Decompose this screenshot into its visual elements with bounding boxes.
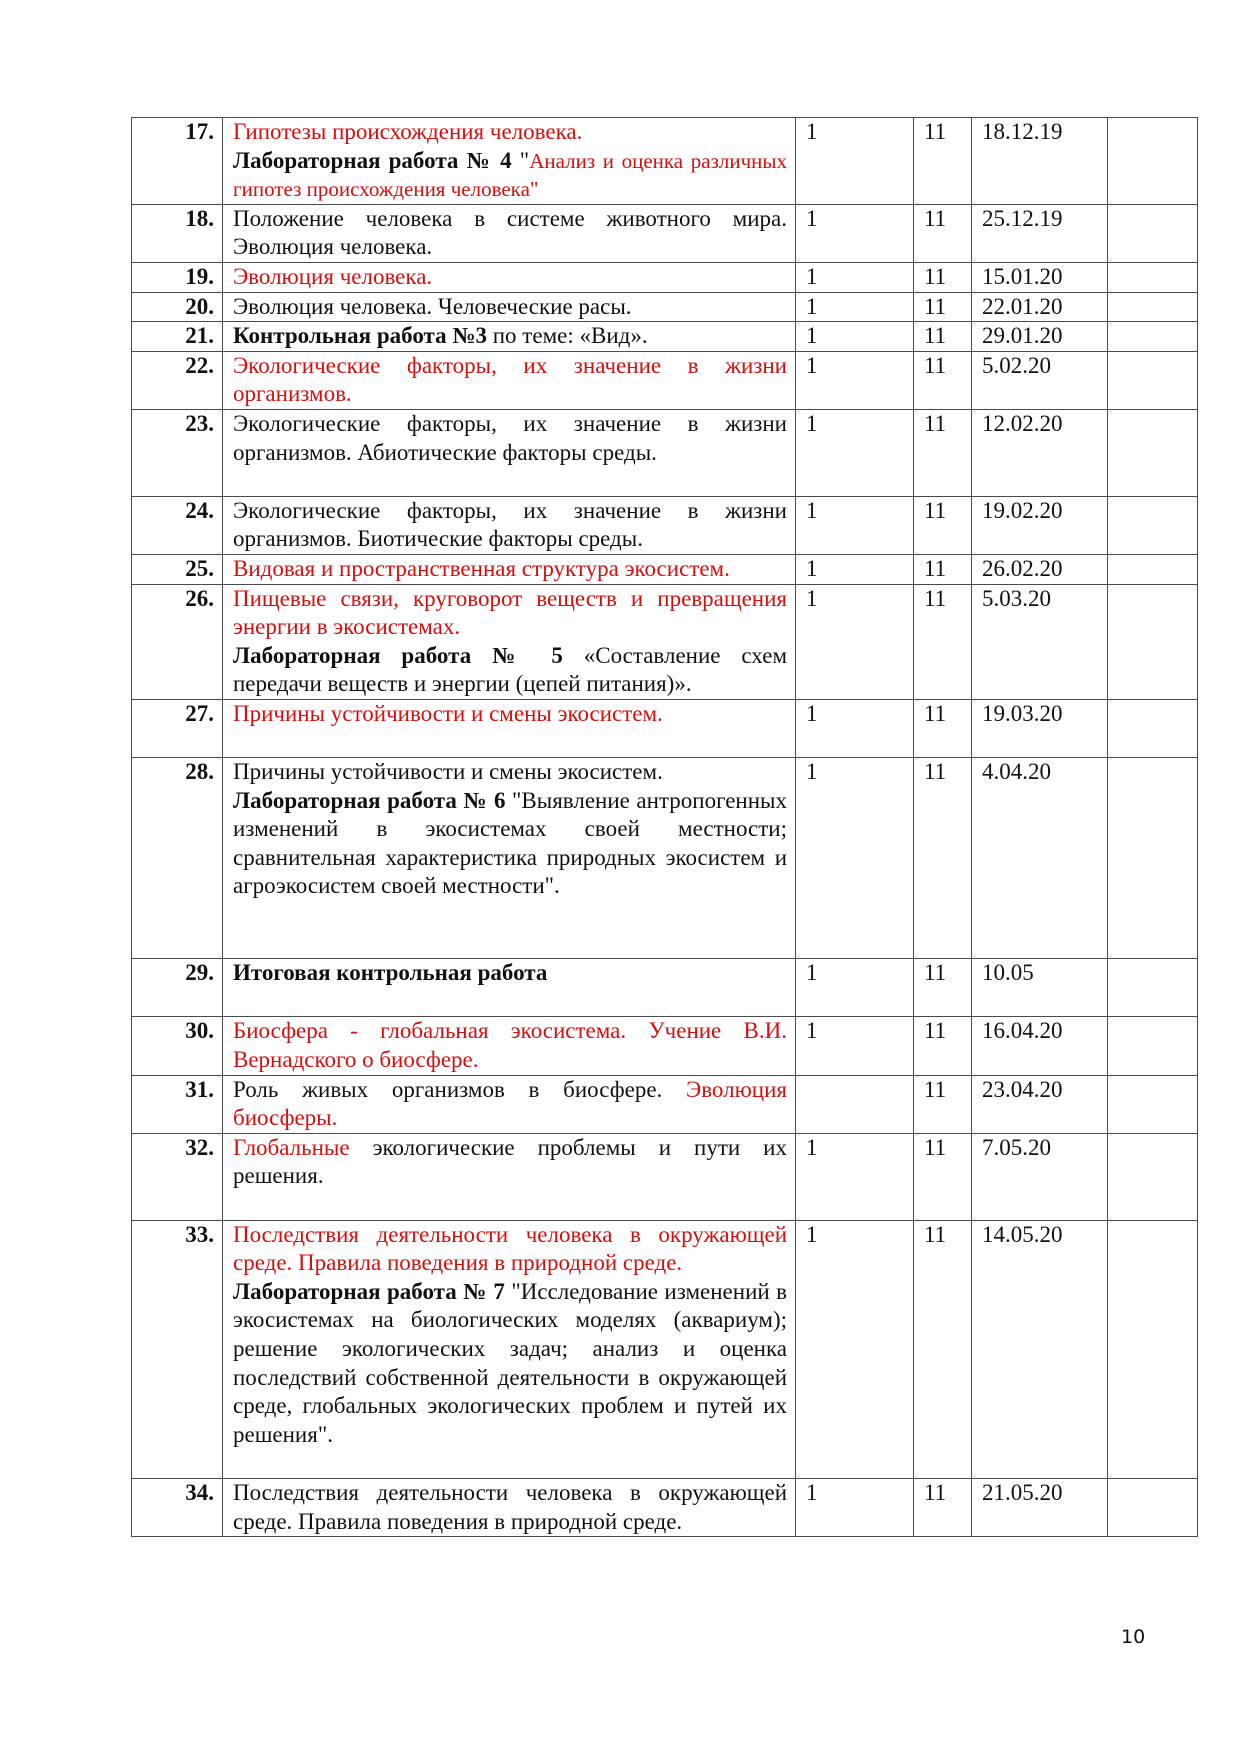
lesson-date: 19.03.20 xyxy=(972,699,1108,757)
topic-highlight-text: Пищевые связи, круговорот веществ и прев… xyxy=(233,586,787,640)
table-row: 25. Видовая и пространственная структура… xyxy=(132,554,1198,584)
topic-bold-text: Лабораторная работа № 5 xyxy=(233,643,563,668)
lesson-hours: 1 xyxy=(796,699,914,757)
table-row: 32. Глобальные экологические проблемы и … xyxy=(132,1133,1198,1220)
lesson-date: 29.01.20 xyxy=(972,322,1108,352)
lesson-date: 18.12.19 xyxy=(972,118,1108,205)
lesson-number: 18. xyxy=(132,204,223,262)
lesson-class: 11 xyxy=(914,1017,972,1075)
topic-text: Причины устойчивости и смены экосистем. xyxy=(233,759,663,784)
lesson-note xyxy=(1108,262,1198,292)
lesson-hours: 1 xyxy=(796,758,914,959)
lesson-note xyxy=(1108,204,1198,262)
lesson-date: 15.01.20 xyxy=(972,262,1108,292)
topic-bold-text: Контрольная работа №3 xyxy=(233,323,487,348)
lesson-class: 11 xyxy=(914,262,972,292)
topic-highlight-text: Причины устойчивости и смены экосистем. xyxy=(233,701,663,726)
lesson-note xyxy=(1108,758,1198,959)
lesson-topic: Причины устойчивости и смены экосистем.Л… xyxy=(223,758,796,959)
lesson-hours: 1 xyxy=(796,1133,914,1220)
lesson-hours: 1 xyxy=(796,118,914,205)
lesson-topic: Экологические факторы, их значение в жиз… xyxy=(223,496,796,554)
lesson-topic: Итоговая контрольная работа xyxy=(223,959,796,1017)
lesson-note xyxy=(1108,409,1198,496)
lesson-date: 26.02.20 xyxy=(972,554,1108,584)
lesson-number: 17. xyxy=(132,118,223,205)
lesson-note xyxy=(1108,699,1198,757)
lesson-date: 19.02.20 xyxy=(972,496,1108,554)
lesson-hours: 1 xyxy=(796,496,914,554)
lesson-plan-body: 17. Гипотезы происхождения человека.Лабо… xyxy=(132,118,1198,1537)
lesson-number: 32. xyxy=(132,1133,223,1220)
lesson-date: 4.04.20 xyxy=(972,758,1108,959)
lesson-topic: Эволюция человека. xyxy=(223,262,796,292)
lesson-note xyxy=(1108,322,1198,352)
lesson-hours: 1 xyxy=(796,959,914,1017)
topic-text: " xyxy=(512,148,530,173)
lesson-class: 11 xyxy=(914,959,972,1017)
lesson-class: 11 xyxy=(914,554,972,584)
lesson-hours: 1 xyxy=(796,554,914,584)
lesson-topic: Положение человека в системе животного м… xyxy=(223,204,796,262)
lesson-date: 5.03.20 xyxy=(972,584,1108,699)
lesson-class: 11 xyxy=(914,1133,972,1220)
lesson-class: 11 xyxy=(914,758,972,959)
lesson-date: 14.05.20 xyxy=(972,1220,1108,1478)
lesson-number: 31. xyxy=(132,1075,223,1133)
lesson-class: 11 xyxy=(914,496,972,554)
lesson-topic: Пищевые связи, круговорот веществ и прев… xyxy=(223,584,796,699)
table-row: 23. Экологические факторы, их значение в… xyxy=(132,409,1198,496)
lesson-class: 11 xyxy=(914,351,972,409)
lesson-hours: 1 xyxy=(796,584,914,699)
topic-highlight-text: Гипотезы происхождения человека. xyxy=(233,119,582,144)
lesson-class: 11 xyxy=(914,322,972,352)
table-row: 27. Причины устойчивости и смены экосист… xyxy=(132,699,1198,757)
topic-text: Положение человека в системе животного м… xyxy=(233,206,787,260)
topic-text: "Исследование изменений в экосистемах на… xyxy=(233,1279,787,1447)
lesson-number: 25. xyxy=(132,554,223,584)
lesson-hours: 1 xyxy=(796,204,914,262)
lesson-number: 23. xyxy=(132,409,223,496)
lesson-number: 34. xyxy=(132,1479,223,1537)
table-row: 19. Эволюция человека. 1 11 15.01.20 xyxy=(132,262,1198,292)
topic-text: Эволюция человека. Человеческие расы. xyxy=(233,294,632,319)
lesson-note xyxy=(1108,554,1198,584)
lesson-number: 20. xyxy=(132,292,223,322)
topic-bold-text: Лабораторная работа № 4 xyxy=(233,148,512,173)
lesson-topic: Экологические факторы, их значение в жиз… xyxy=(223,351,796,409)
lesson-number: 24. xyxy=(132,496,223,554)
lesson-hours: 1 xyxy=(796,409,914,496)
lesson-topic: Последствия деятельности человека в окру… xyxy=(223,1220,796,1478)
topic-text: Экологические факторы, их значение в жиз… xyxy=(233,411,787,465)
lesson-class: 11 xyxy=(914,1075,972,1133)
topic-highlight-text: Последствия деятельности человека в окру… xyxy=(233,1222,787,1276)
lesson-plan-table: 17. Гипотезы происхождения человека.Лабо… xyxy=(131,117,1198,1537)
lesson-date: 16.04.20 xyxy=(972,1017,1108,1075)
lesson-number: 33. xyxy=(132,1220,223,1478)
lesson-class: 11 xyxy=(914,292,972,322)
lesson-hours: 1 xyxy=(796,1017,914,1075)
lesson-note xyxy=(1108,292,1198,322)
lesson-hours xyxy=(796,1075,914,1133)
lesson-class: 11 xyxy=(914,584,972,699)
table-row: 29. Итоговая контрольная работа 1 11 10.… xyxy=(132,959,1198,1017)
table-row: 20. Эволюция человека. Человеческие расы… xyxy=(132,292,1198,322)
lesson-hours: 1 xyxy=(796,322,914,352)
lesson-topic: Роль живых организмов в биосфере. Эволюц… xyxy=(223,1075,796,1133)
lesson-note xyxy=(1108,584,1198,699)
lesson-note xyxy=(1108,118,1198,205)
lesson-hours: 1 xyxy=(796,262,914,292)
lesson-date: 22.01.20 xyxy=(972,292,1108,322)
table-row: 26. Пищевые связи, круговорот веществ и … xyxy=(132,584,1198,699)
topic-highlight-text: Глобальные xyxy=(233,1135,350,1160)
lesson-note xyxy=(1108,496,1198,554)
lesson-date: 23.04.20 xyxy=(972,1075,1108,1133)
topic-text: по теме: «Вид». xyxy=(487,323,648,348)
table-row: 33. Последствия деятельности человека в … xyxy=(132,1220,1198,1478)
lesson-topic: Видовая и пространственная структура эко… xyxy=(223,554,796,584)
topic-highlight-text: Видовая и пространственная структура эко… xyxy=(233,556,730,581)
lesson-date: 5.02.20 xyxy=(972,351,1108,409)
topic-highlight-text: Биосфера - глобальная экосистема. Учение… xyxy=(233,1018,787,1072)
lesson-topic: Глобальные экологические проблемы и пути… xyxy=(223,1133,796,1220)
lesson-note xyxy=(1108,1479,1198,1537)
document-page: 17. Гипотезы происхождения человека.Лабо… xyxy=(0,0,1241,1755)
table-row: 17. Гипотезы происхождения человека.Лабо… xyxy=(132,118,1198,205)
lesson-date: 25.12.19 xyxy=(972,204,1108,262)
topic-bold-text: Лабораторная работа № 7 xyxy=(233,1279,505,1304)
topic-text: Экологические факторы, их значение в жиз… xyxy=(233,498,787,552)
lesson-note xyxy=(1108,1075,1198,1133)
lesson-class: 11 xyxy=(914,1479,972,1537)
lesson-topic: Экологические факторы, их значение в жиз… xyxy=(223,409,796,496)
lesson-number: 30. xyxy=(132,1017,223,1075)
lesson-hours: 1 xyxy=(796,351,914,409)
lesson-number: 26. xyxy=(132,584,223,699)
topic-highlight-text: Экологические факторы, их значение в жиз… xyxy=(233,353,787,407)
lesson-number: 19. xyxy=(132,262,223,292)
topic-bold-text: Итоговая контрольная работа xyxy=(233,960,547,985)
lesson-class: 11 xyxy=(914,204,972,262)
topic-highlight-text: Эволюция человека. xyxy=(233,264,432,289)
lesson-note xyxy=(1108,351,1198,409)
lesson-number: 22. xyxy=(132,351,223,409)
topic-bold-text: Лабораторная работа № 6 xyxy=(233,788,505,813)
lesson-topic: Биосфера - глобальная экосистема. Учение… xyxy=(223,1017,796,1075)
lesson-hours: 1 xyxy=(796,292,914,322)
lesson-class: 11 xyxy=(914,118,972,205)
lesson-class: 11 xyxy=(914,699,972,757)
lesson-number: 29. xyxy=(132,959,223,1017)
lesson-topic: Контрольная работа №3 по теме: «Вид». xyxy=(223,322,796,352)
lesson-hours: 1 xyxy=(796,1220,914,1478)
lesson-date: 21.05.20 xyxy=(972,1479,1108,1537)
topic-text: Роль живых организмов в биосфере. xyxy=(233,1077,686,1102)
lesson-date: 10.05 xyxy=(972,959,1108,1017)
table-row: 18. Положение человека в системе животно… xyxy=(132,204,1198,262)
table-row: 30. Биосфера - глобальная экосистема. Уч… xyxy=(132,1017,1198,1075)
table-row: 24. Экологические факторы, их значение в… xyxy=(132,496,1198,554)
lesson-class: 11 xyxy=(914,409,972,496)
lesson-class: 11 xyxy=(914,1220,972,1478)
table-row: 22. Экологические факторы, их значение в… xyxy=(132,351,1198,409)
table-row: 34. Последствия деятельности человека в … xyxy=(132,1479,1198,1537)
lesson-date: 7.05.20 xyxy=(972,1133,1108,1220)
lesson-topic: Причины устойчивости и смены экосистем. xyxy=(223,699,796,757)
lesson-topic: Гипотезы происхождения человека.Лаборато… xyxy=(223,118,796,205)
topic-text: Последствия деятельности человека в окру… xyxy=(233,1480,787,1534)
lesson-topic: Последствия деятельности человека в окру… xyxy=(223,1479,796,1537)
lesson-note xyxy=(1108,1220,1198,1478)
lesson-topic: Эволюция человека. Человеческие расы. xyxy=(223,292,796,322)
lesson-note xyxy=(1108,959,1198,1017)
lesson-hours: 1 xyxy=(796,1479,914,1537)
lesson-number: 21. xyxy=(132,322,223,352)
table-row: 28. Причины устойчивости и смены экосист… xyxy=(132,758,1198,959)
page-number: 10 xyxy=(1121,1626,1145,1648)
lesson-note xyxy=(1108,1017,1198,1075)
lesson-number: 27. xyxy=(132,699,223,757)
lesson-date: 12.02.20 xyxy=(972,409,1108,496)
table-row: 21. Контрольная работа №3 по теме: «Вид»… xyxy=(132,322,1198,352)
lesson-number: 28. xyxy=(132,758,223,959)
lesson-note xyxy=(1108,1133,1198,1220)
table-row: 31. Роль живых организмов в биосфере. Эв… xyxy=(132,1075,1198,1133)
